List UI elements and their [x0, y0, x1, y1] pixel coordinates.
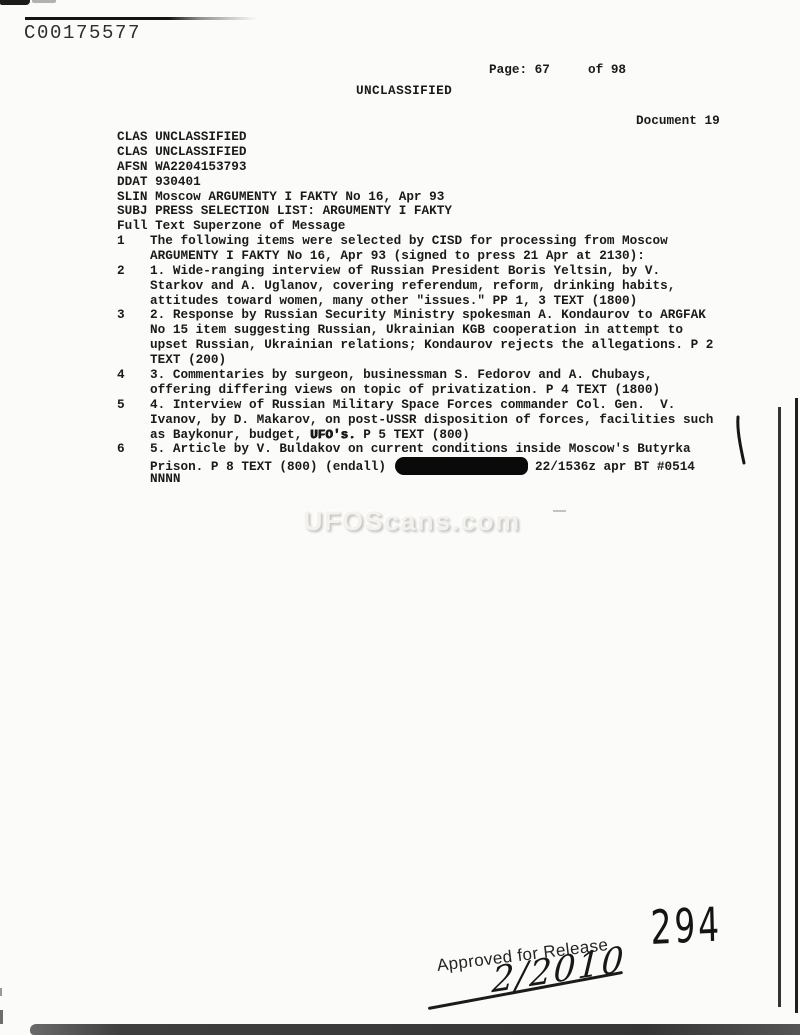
text-line-with-emphasis: as Baykonur, budget, UFO's. P 5 TEXT (80… — [150, 428, 713, 443]
item-number: 5 — [117, 398, 150, 413]
text-line: Starkov and A. Uglanov, covering referen… — [150, 279, 675, 294]
metadata-line-slin: SLIN Moscow ARGUMENTY I FAKTY No 16, Apr… — [117, 190, 452, 205]
text-segment: P 5 TEXT (800) — [356, 427, 470, 442]
text-line: The following items were selected by CIS… — [150, 234, 668, 249]
text-line: 2. Response by Russian Security Ministry… — [150, 308, 713, 323]
list-item-6: 6 5. Article by V. Buldakov on current c… — [117, 442, 713, 487]
metadata-line-clas-1: CLAS UNCLASSIFIED — [117, 130, 452, 145]
text-line: ARGUMENTY I FAKTY No 16, Apr 93 (signed … — [150, 249, 668, 264]
text-line: upset Russian, Ukrainian relations; Kond… — [150, 338, 713, 353]
item-text: 3. Commentaries by surgeon, businessman … — [150, 368, 660, 398]
text-line: 1. Wide-ranging interview of Russian Pre… — [150, 264, 675, 279]
text-segment: as Baykonur, budget, — [150, 427, 310, 442]
item-text: 1. Wide-ranging interview of Russian Pre… — [150, 264, 675, 309]
scanned-document-page: { "page": { "paper_color": "#fbfbf9", "i… — [0, 0, 800, 1035]
metadata-line-subj: SUBJ PRESS SELECTION LIST: ARGUMENTY I F… — [117, 204, 452, 219]
scan-speck — [553, 510, 566, 512]
emphasized-ufo-text: UFO's. — [310, 427, 356, 442]
scan-artifact-top-left — [0, 0, 30, 5]
item-text: The following items were selected by CIS… — [150, 234, 668, 264]
text-line: attitudes toward women, many other "issu… — [150, 294, 675, 309]
scan-artifact-top-left-2 — [32, 0, 56, 3]
list-item-4: 4 3. Commentaries by surgeon, businessma… — [117, 368, 713, 398]
metadata-line-superzone: Full Text Superzone of Message — [117, 219, 452, 234]
scan-speck — [0, 988, 2, 996]
metadata-line-ddat: DDAT 930401 — [117, 175, 452, 190]
item-number: 3 — [117, 308, 150, 323]
item-text: 4. Interview of Russian Military Space F… — [150, 398, 713, 443]
list-item-5: 5 4. Interview of Russian Military Space… — [117, 398, 713, 443]
scan-artifact-bottom-bar — [30, 1024, 800, 1035]
item-text: 2. Response by Russian Security Ministry… — [150, 308, 713, 368]
metadata-line-clas-2: CLAS UNCLASSIFIED — [117, 145, 452, 160]
text-line: 3. Commentaries by surgeon, businessman … — [150, 368, 660, 383]
page-count-label: Page: 67 of 98 — [489, 63, 626, 78]
text-line: Ivanov, by D. Makarov, on post-USSR disp… — [150, 413, 713, 428]
item-number: 4 — [117, 368, 150, 383]
scan-edge-line-inner — [778, 407, 781, 1007]
metadata-line-afsn: AFSN WA2204153793 — [117, 160, 452, 175]
scan-speck — [0, 1010, 3, 1024]
redaction-bar — [395, 457, 528, 475]
item-text: 5. Article by V. Buldakov on current con… — [150, 442, 695, 487]
item-number: 6 — [117, 442, 150, 457]
metadata-block: CLAS UNCLASSIFIED CLAS UNCLASSIFIED AFSN… — [117, 130, 452, 234]
text-segment: Prison. P 8 TEXT (800) (endall) — [150, 459, 386, 474]
text-line: 4. Interview of Russian Military Space F… — [150, 398, 713, 413]
message-body: 1 The following items were selected by C… — [117, 234, 713, 487]
list-item-2: 2 1. Wide-ranging interview of Russian P… — [117, 264, 713, 309]
pen-slash-mark — [733, 414, 749, 466]
text-line: No 15 item suggesting Russian, Ukrainian… — [150, 323, 713, 338]
text-segment: 22/1536z apr BT #0514 — [535, 459, 695, 474]
document-control-number: C00175577 — [24, 22, 141, 44]
list-item-1: 1 The following items were selected by C… — [117, 234, 713, 264]
text-line: TEXT (200) — [150, 353, 713, 368]
scan-edge-line-outer — [795, 398, 798, 1013]
ufoscans-watermark: UFOScans.com — [303, 506, 521, 537]
list-item-3: 3 2. Response by Russian Security Minist… — [117, 308, 713, 368]
item-number: 1 — [117, 234, 150, 249]
text-line: 5. Article by V. Buldakov on current con… — [150, 442, 695, 457]
handwritten-page-number: 294 — [650, 897, 723, 956]
document-number-label: Document 19 — [636, 114, 720, 129]
text-line: offering differing views on topic of pri… — [150, 383, 660, 398]
text-line-with-redaction: Prison. P 8 TEXT (800) (endall)22/1536z … — [150, 457, 695, 472]
classification-banner: UNCLASSIFIED — [356, 84, 452, 99]
item-number: 2 — [117, 264, 150, 279]
doc-number-overline — [25, 17, 257, 20]
